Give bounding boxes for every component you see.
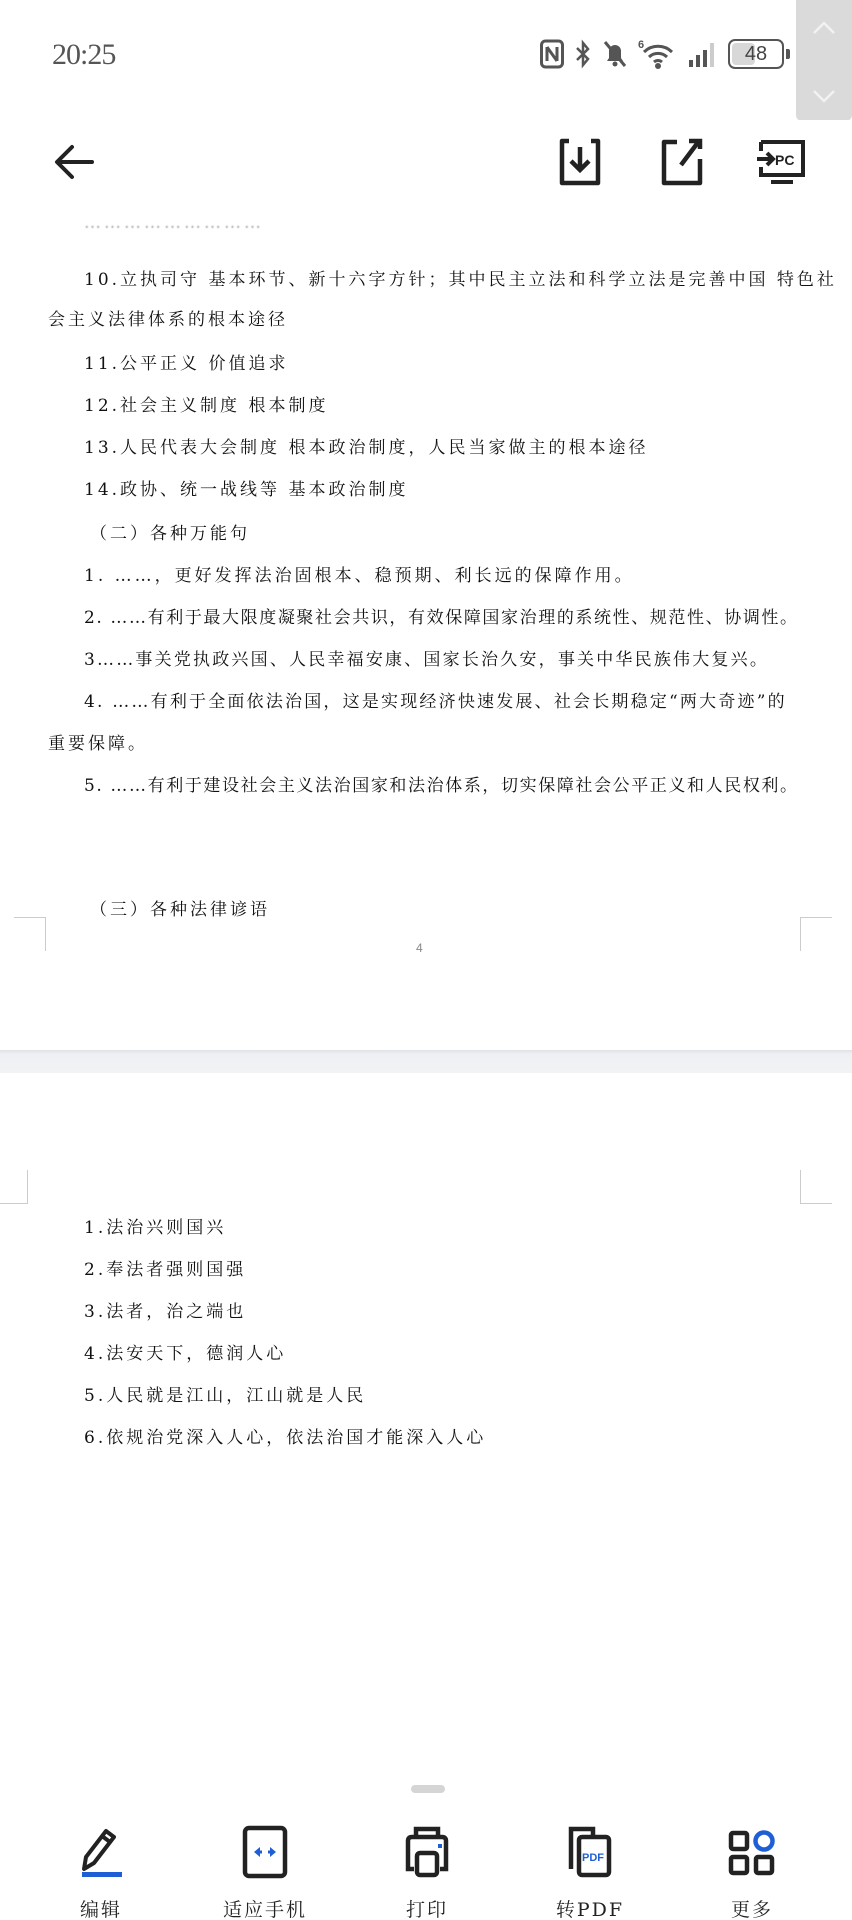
page-corner-mark <box>0 1170 28 1204</box>
paragraph-line: 3.法者，治之端也 <box>84 1297 246 1322</box>
share-button[interactable] <box>654 134 710 190</box>
bottom-action-bar: 编辑 适应手机 打印 PD <box>0 1765 852 1920</box>
printer-icon <box>402 1825 452 1879</box>
section-heading: （二）各种万能句 <box>90 519 250 544</box>
edit-label: 编辑 <box>80 1895 122 1920</box>
status-bar: 20:25 6 48 <box>0 0 852 110</box>
more-grid-icon <box>727 1827 777 1877</box>
drag-handle[interactable] <box>411 1785 445 1793</box>
battery-tip <box>786 49 790 59</box>
paragraph-line: 4.法安天下，德润人心 <box>84 1339 286 1364</box>
paragraph-line: 12.社会主义制度 根本制度 <box>84 391 328 416</box>
fit-phone-button[interactable]: 适应手机 <box>200 1825 330 1920</box>
send-to-pc-icon: PC <box>757 137 807 187</box>
document-viewer[interactable]: ……………………… 10.立执司守 基本环节、新十六字方针；其中民主立法和科学立… <box>0 205 852 1765</box>
paragraph-line: 6.依规治党深入人心，依法治国才能深入人心 <box>84 1423 486 1448</box>
chevron-down-icon[interactable] <box>810 82 838 110</box>
page-corner-mark <box>800 917 832 951</box>
svg-text:PDF: PDF <box>582 1852 604 1864</box>
print-button[interactable]: 打印 <box>362 1825 492 1920</box>
paragraph-line: 13.人民代表大会制度 根本政治制度，人民当家做主的根本途径 <box>84 433 648 458</box>
battery-indicator: 48 <box>728 39 784 69</box>
paragraph-line: 2.奉法者强则国强 <box>84 1255 246 1280</box>
back-button[interactable] <box>46 134 102 190</box>
paragraph-line: 2. ……有利于最大限度凝聚社会共识，有效保障国家治理的系统性、规范性、协调性。 <box>84 603 799 628</box>
document-page-4: ……………………… 10.立执司守 基本环节、新十六字方针；其中民主立法和科学立… <box>0 205 852 1050</box>
more-label: 更多 <box>731 1895 773 1920</box>
paragraph-line: 重要保障。 <box>48 729 148 754</box>
fit-phone-icon <box>241 1825 289 1879</box>
paragraph-line: 14.政协、统一战线等 基本政治制度 <box>84 475 408 500</box>
paragraph-line: 1.法治兴则国兴 <box>84 1213 226 1238</box>
paragraph-line: 4. ……有利于全面依法治国，这是实现经济快速发展、社会长期稳定“两大奇迹”的 <box>84 687 787 712</box>
edit-button[interactable]: 编辑 <box>36 1825 166 1920</box>
open-on-pc-button[interactable]: PC <box>754 134 810 190</box>
clipped-text-line: ……………………… <box>84 213 264 233</box>
paragraph-line: 1. ……，更好发挥法治固根本、稳预期、利长远的保障作用。 <box>84 561 635 586</box>
print-label: 打印 <box>406 1895 448 1920</box>
pencil-icon <box>76 1825 126 1879</box>
status-icons: 6 48 <box>540 36 790 72</box>
arrow-left-icon <box>50 138 98 186</box>
share-icon <box>659 137 705 187</box>
paragraph-line: 会主义法律体系的根本途径 <box>48 305 288 330</box>
document-page-5: 1.法治兴则国兴 2.奉法者强则国强 3.法者，治之端也 4.法安天下，德润人心… <box>0 1073 852 1765</box>
page-corner-mark <box>14 917 46 951</box>
paragraph-line: 5.人民就是江山，江山就是人民 <box>84 1381 366 1406</box>
fit-phone-label: 适应手机 <box>223 1895 307 1920</box>
convert-pdf-label: 转PDF <box>556 1895 624 1920</box>
more-button[interactable]: 更多 <box>687 1825 817 1920</box>
svg-text:PC: PC <box>775 152 794 168</box>
download-icon <box>557 137 603 187</box>
svg-text:6: 6 <box>638 39 644 51</box>
convert-pdf-icon: PDF <box>565 1825 615 1879</box>
wifi-icon: 6 <box>638 38 678 70</box>
bluetooth-icon <box>574 39 592 69</box>
page-separator <box>0 1050 852 1073</box>
app-toolbar: PC <box>0 120 852 205</box>
paragraph-line: 11.公平正义 价值追求 <box>84 349 288 374</box>
page-scroll-control[interactable] <box>796 0 852 121</box>
paragraph-line: 3……事关党执政兴国、人民幸福安康、国家长治久安，事关中华民族伟大复兴。 <box>84 645 769 670</box>
page-number: 4 <box>416 941 423 955</box>
signal-icon <box>688 40 718 68</box>
bell-muted-icon <box>602 39 628 69</box>
paragraph-line: 5. ……有利于建设社会主义法治国家和法治体系，切实保障社会公平正义和人民权利。 <box>84 771 799 796</box>
section-heading: （三）各种法律谚语 <box>90 895 270 920</box>
download-button[interactable] <box>552 134 608 190</box>
clock: 20:25 <box>52 38 115 72</box>
nfc-icon <box>540 39 564 69</box>
chevron-up-icon[interactable] <box>810 14 838 42</box>
paragraph-line: 10.立执司守 基本环节、新十六字方针；其中民主立法和科学立法是完善中国 特色社 <box>84 265 837 290</box>
page-corner-mark <box>800 1170 832 1204</box>
convert-pdf-button[interactable]: PDF 转PDF <box>525 1825 655 1920</box>
